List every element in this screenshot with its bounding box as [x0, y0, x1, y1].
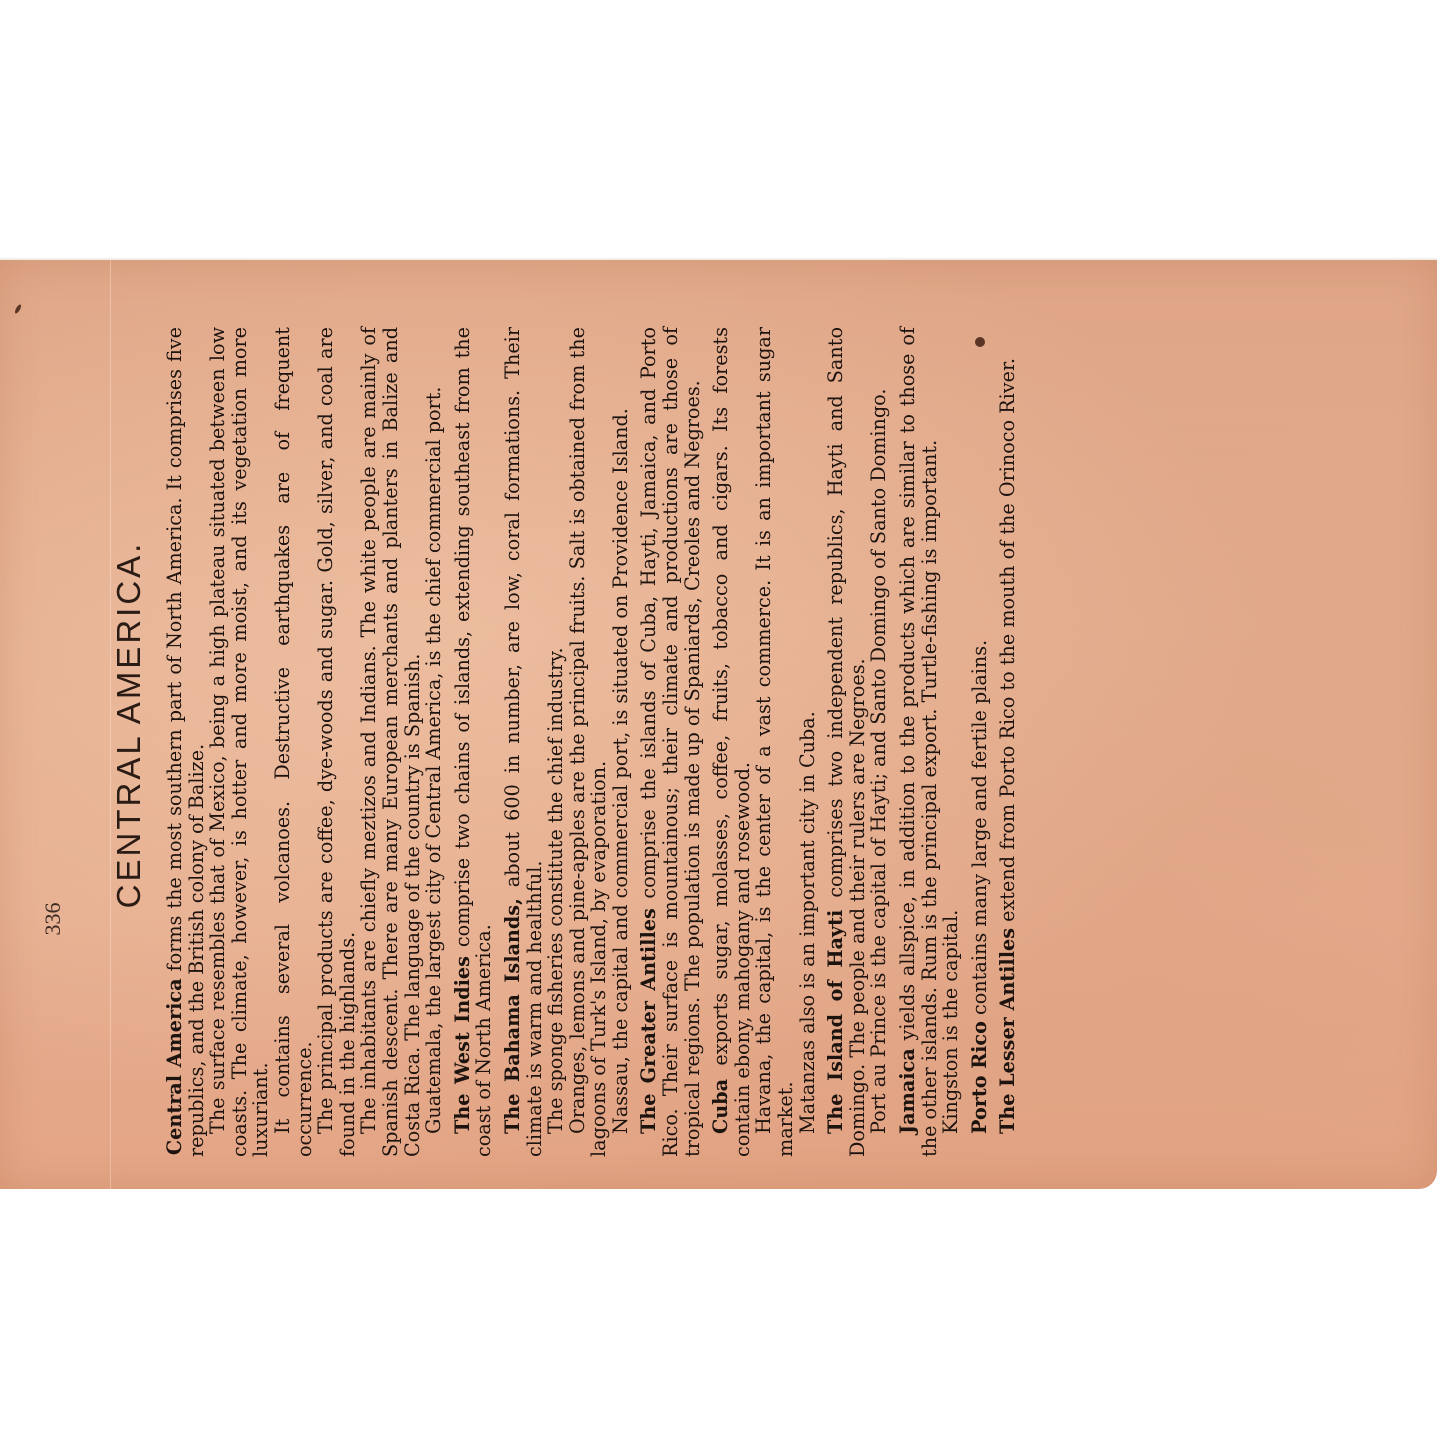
- paragraph: The Bahama Islands, about 600 in number,…: [502, 327, 545, 1157]
- paragraph-text: Port au Prince is the capital of Hayti; …: [867, 389, 890, 1134]
- paragraph-text: The sponge fisheries constitute the chie…: [544, 647, 567, 1134]
- paragraph: The principal products are coffee, dye-w…: [315, 327, 358, 1157]
- paragraph: The inhabitants are chiefly meztizos and…: [358, 327, 423, 1157]
- paragraph-lead: The West Indies: [451, 956, 474, 1134]
- paragraph-lead: The Island of Hayti: [824, 910, 847, 1134]
- paragraph-text: Oranges, lemons and pine-apples are the …: [566, 327, 611, 1157]
- paragraph-text: Matanzas also is an important city in Cu…: [796, 711, 819, 1134]
- paragraph: Central America forms the most southern …: [164, 327, 207, 1157]
- paragraph-lead: The Lesser Antilles: [996, 928, 1019, 1134]
- paragraph-text: Guatemala, the largest city of Central A…: [422, 386, 445, 1134]
- paragraph: Kingston is the capital.: [940, 327, 962, 1157]
- paragraph: Nassau, the capital and commercial port,…: [610, 327, 632, 1157]
- page-title: CENTRAL AMERICA.: [110, 260, 148, 1189]
- paragraph-lead: Central America: [163, 978, 186, 1155]
- paragraph-text: yields allspice, in addition to the prod…: [896, 327, 941, 1157]
- paragraph: Porto Rico contains many large and ferti…: [969, 327, 991, 1157]
- paragraph: Oranges, lemons and pine-apples are the …: [567, 327, 610, 1157]
- paragraph: The surface resembles that of Mexico, be…: [207, 327, 272, 1157]
- paragraph: The West Indies comprise two chains of i…: [452, 327, 495, 1157]
- paragraph: Cuba exports sugar, molasses, coffee, fr…: [710, 327, 753, 1157]
- page-number: 336: [40, 879, 66, 959]
- paragraph: Matanzas also is an important city in Cu…: [797, 327, 819, 1157]
- paragraph: Havana, the capital, is the center of a …: [753, 327, 796, 1157]
- paragraph-text: Kingston is the capital.: [939, 910, 962, 1134]
- paragraph: The sponge fisheries constitute the chie…: [545, 327, 567, 1157]
- paragraph: Jamaica yields allspice, in addition to …: [897, 327, 940, 1157]
- paragraph: The Lesser Antilles extend from Porto Ri…: [997, 327, 1019, 1157]
- paragraph-text: Nassau, the capital and commercial port,…: [609, 408, 632, 1134]
- paragraph: The Island of Hayti comprises two indepe…: [825, 327, 868, 1157]
- paragraph: Port au Prince is the capital of Hayti; …: [868, 327, 890, 1157]
- paragraph-text: It contains several volcanoes. Destructi…: [271, 327, 316, 1157]
- paragraph-text: extend from Porto Rico to the mouth of t…: [996, 358, 1019, 928]
- paragraph-lead: Porto Rico: [968, 1021, 991, 1134]
- paragraph-lead: The Bahama Islands,: [501, 898, 524, 1134]
- paragraph-text: contains many large and fertile plains.: [968, 640, 991, 1021]
- paragraph-text: The surface resembles that of Mexico, be…: [206, 327, 272, 1157]
- paragraph-text: The principal products are coffee, dye-w…: [314, 327, 359, 1157]
- paragraph: Guatemala, the largest city of Central A…: [423, 327, 445, 1157]
- paragraph: It contains several volcanoes. Destructi…: [272, 327, 315, 1157]
- rotated-page: 336 CENTRAL AMERICA. Central America for…: [0, 260, 1437, 1189]
- article-body: Central America forms the most southern …: [164, 327, 1019, 1157]
- paragraph-text: Havana, the capital, is the center of a …: [752, 327, 797, 1157]
- paragraph-text: exports sugar, molasses, coffee, fruits,…: [709, 327, 754, 1157]
- paragraph-lead: Jamaica: [896, 1048, 919, 1134]
- paragraph-text: The inhabitants are chiefly meztizos and…: [357, 327, 423, 1157]
- document-card: 336 CENTRAL AMERICA. Central America for…: [0, 258, 1437, 1189]
- paragraph: The Greater Antilles comprise the island…: [638, 327, 703, 1157]
- paragraph-lead: Cuba: [709, 1079, 732, 1134]
- paragraph-lead: The Greater Antilles: [637, 908, 660, 1134]
